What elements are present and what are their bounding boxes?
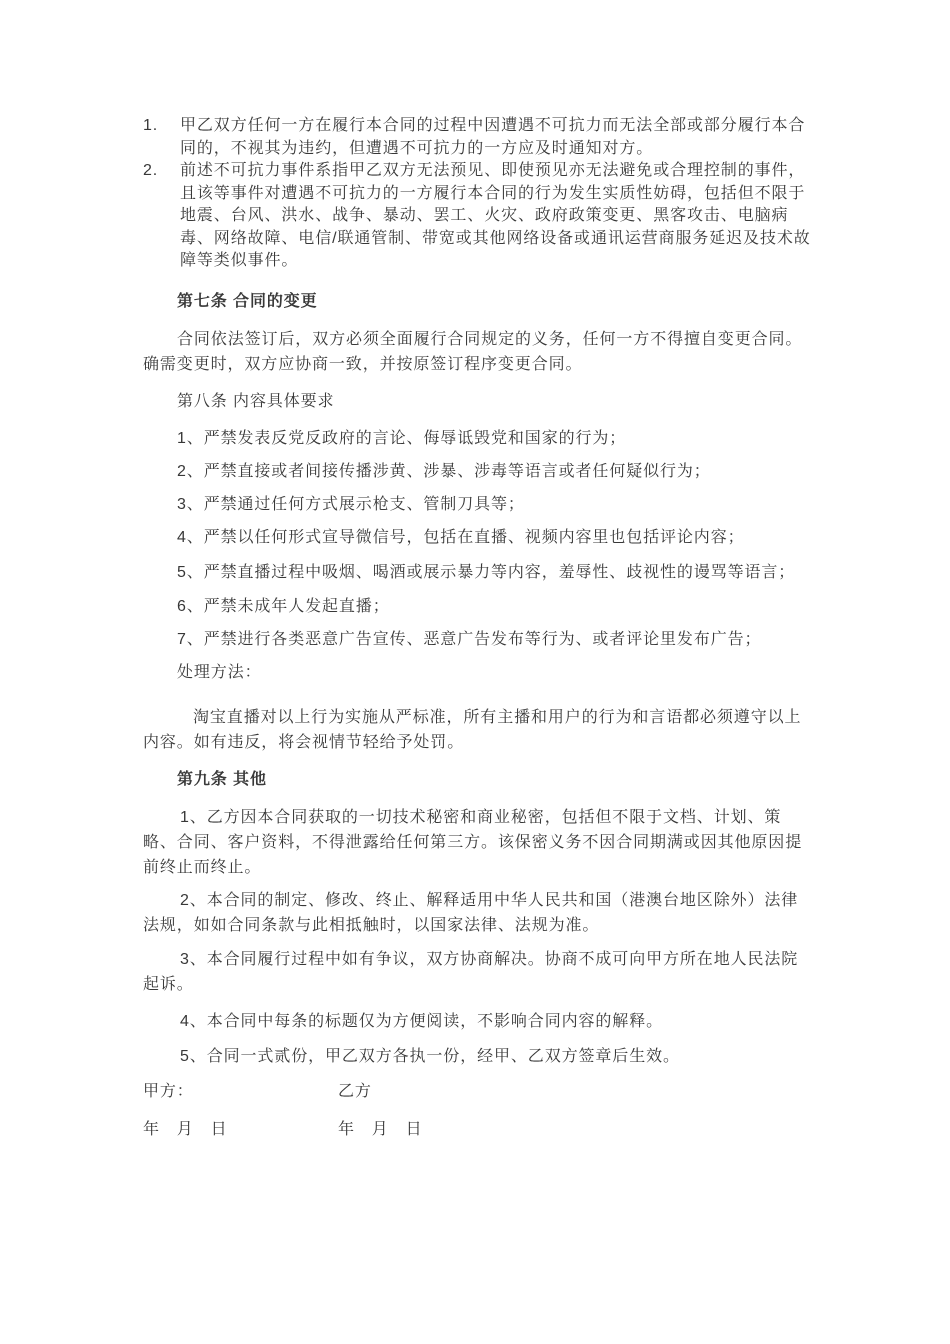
contract-document-page: 1. 甲乙双方任何一方在履行本合同的过程中因遭遇不可抗力而无法全部或部分履行本合… [0, 0, 950, 1344]
article9-item: 3、本合同履行过程中如有争议，双方协商解决。协商不成可向甲方所在地人民法院起诉。 [143, 947, 815, 997]
article8-item: 1、严禁发表反党反政府的言论、侮辱诋毁党和国家的行为； [143, 426, 815, 451]
article8-item: 6、严禁未成年人发起直播； [143, 594, 815, 619]
list-item-number: 1. [143, 115, 180, 160]
article9-item: 2、本合同的制定、修改、终止、解释适用中华人民共和国（港澳台地区除外）法律法规，… [143, 888, 815, 938]
article9-item: 4、本合同中每条的标题仅为方便阅读，不影响合同内容的解释。 [143, 1009, 815, 1034]
handling-method-label: 处理方法： [143, 660, 815, 685]
article9-heading: 第九条 其他 [143, 767, 815, 792]
article8-heading: 第八条 内容具体要求 [143, 389, 815, 414]
party-a-date: 年 月 日 [143, 1117, 338, 1142]
article7-paragraph: 合同依法签订后，双方必须全面履行合同规定的义务，任何一方不得擅自变更合同。确需变… [143, 327, 815, 377]
handling-method-paragraph: 淘宝直播对以上行为实施从严标准，所有主播和用户的行为和言语都必须遵守以上内容。如… [143, 705, 815, 755]
party-b-label: 乙方 [338, 1079, 815, 1104]
list-item-text: 甲乙双方任何一方在履行本合同的过程中因遭遇不可抗力而无法全部或部分履行本合同的，… [180, 115, 815, 160]
contract-content: 1. 甲乙双方任何一方在履行本合同的过程中因遭遇不可抗力而无法全部或部分履行本合… [143, 0, 815, 1142]
article9-item: 5、合同一式贰份，甲乙双方各执一份，经甲、乙双方签章后生效。 [143, 1044, 815, 1069]
party-a-label: 甲方： [143, 1079, 338, 1104]
force-majeure-list: 1. 甲乙双方任何一方在履行本合同的过程中因遭遇不可抗力而无法全部或部分履行本合… [143, 115, 815, 273]
article7-heading: 第七条 合同的变更 [143, 289, 815, 314]
signature-row: 甲方： 乙方 [143, 1079, 815, 1104]
list-item-text: 前述不可抗力事件系指甲乙双方无法预见、即使预见亦无法避免或合理控制的事件，且该等… [180, 160, 815, 273]
list-item: 1. 甲乙双方任何一方在履行本合同的过程中因遭遇不可抗力而无法全部或部分履行本合… [143, 115, 815, 160]
article8-item: 7、严禁进行各类恶意广告宣传、恶意广告发布等行为、或者评论里发布广告； [143, 627, 815, 652]
article8-item: 4、严禁以任何形式宣导微信号，包括在直播、视频内容里也包括评论内容； [143, 525, 815, 550]
article8-item: 5、严禁直播过程中吸烟、喝酒或展示暴力等内容，羞辱性、歧视性的谩骂等语言； [143, 560, 815, 585]
signature-date-row: 年 月 日 年 月 日 [143, 1117, 815, 1142]
article8-item: 3、严禁通过任何方式展示枪支、管制刀具等； [143, 492, 815, 517]
list-item-number: 2. [143, 160, 180, 273]
article9-item: 1、乙方因本合同获取的一切技术秘密和商业秘密，包括但不限于文档、计划、策略、合同… [143, 805, 815, 880]
article8-item: 2、严禁直接或者间接传播涉黄、涉暴、涉毒等语言或者任何疑似行为； [143, 459, 815, 484]
party-b-date: 年 月 日 [338, 1117, 815, 1142]
list-item: 2. 前述不可抗力事件系指甲乙双方无法预见、即使预见亦无法避免或合理控制的事件，… [143, 160, 815, 273]
